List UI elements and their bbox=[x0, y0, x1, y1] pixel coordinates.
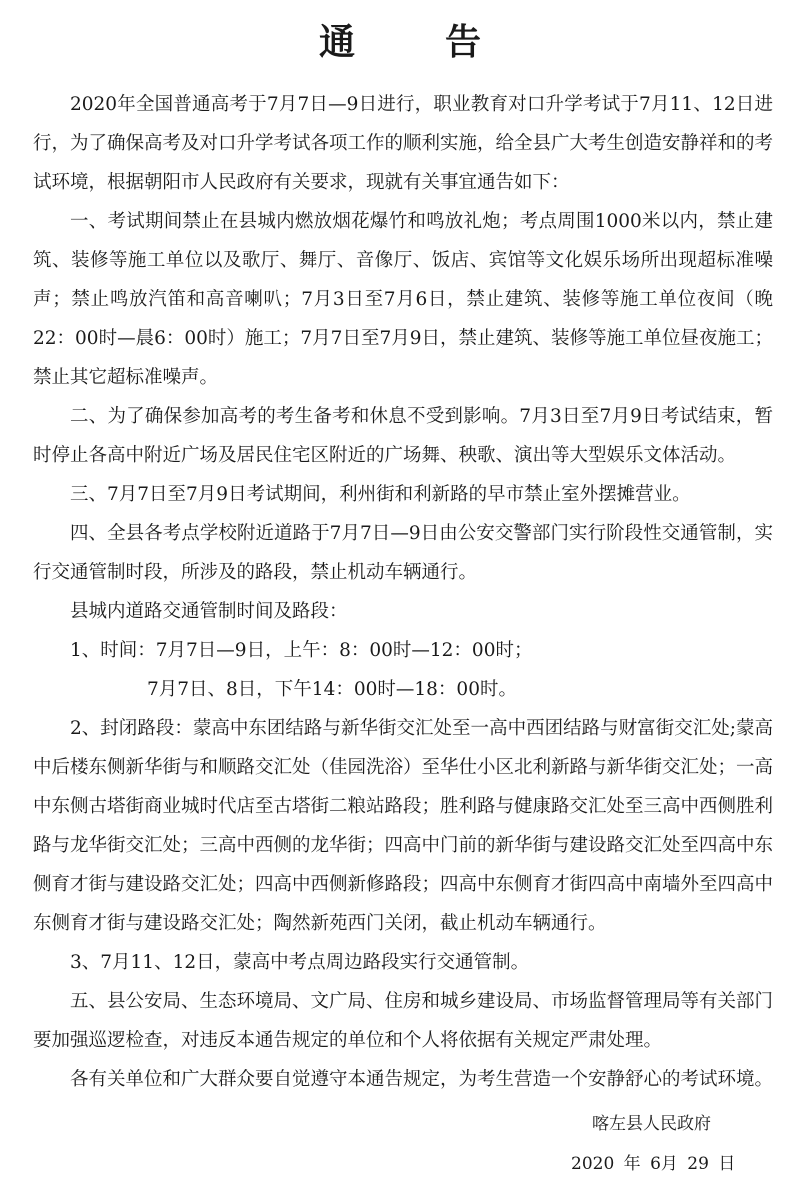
section-4-paragraph: 四、全县各考点学校附近道路于7月7日—9日由公安交警部门实行阶段性交通管制，实行… bbox=[33, 514, 773, 592]
issue-date: 2020 年 6月 29 日 bbox=[571, 1149, 735, 1174]
traffic-control-heading: 县城内道路交通管制时间及路段： bbox=[33, 592, 773, 631]
intro-paragraph: 2020年全国普通高考于7月7日—9日进行，职业教育对口升学考试于7月11、12… bbox=[33, 85, 773, 202]
traffic-time-item-1: 1、时间：7月7日—9日，上午：8：00时—12：00时； bbox=[33, 631, 773, 670]
section-1-paragraph: 一、考试期间禁止在县城内燃放烟花爆竹和鸣放礼炮；考点周围1000米以内，禁止建筑… bbox=[33, 202, 773, 397]
closing-paragraph: 各有关单位和广大群众要自觉遵守本通告规定，为考生营造一个安静舒心的考试环境。 bbox=[33, 1060, 773, 1099]
closed-roads-item-2: 2、封闭路段：蒙高中东团结路与新华街交汇处至一高中西团结路与财富街交汇处;蒙高中… bbox=[33, 709, 773, 943]
traffic-item-3: 3、7月11、12日，蒙高中考点周边路段实行交通管制。 bbox=[33, 943, 773, 982]
traffic-time-item-1-continued: 7月7日、8日，下午14：00时—18：00时。 bbox=[33, 670, 773, 709]
title-char-1: 通 bbox=[319, 14, 355, 65]
section-5-paragraph: 五、县公安局、生态环境局、文广局、住房和城乡建设局、市场监督管理局等有关部门要加… bbox=[33, 982, 773, 1060]
title-char-2: 告 bbox=[445, 14, 481, 65]
document-body: 2020年全国普通高考于7月7日—9日进行，职业教育对口升学考试于7月11、12… bbox=[33, 85, 773, 1099]
issuer-signature: 喀左县人民政府 bbox=[592, 1109, 711, 1134]
section-2-paragraph: 二、为了确保参加高考的考生备考和休息不受到影响。7月3日至7月9日考试结束，暂时… bbox=[33, 397, 773, 475]
section-3-paragraph: 三、7月7日至7月9日考试期间，利州街和利新路的早市禁止室外摆摊营业。 bbox=[33, 475, 773, 514]
document-title: 通告 bbox=[0, 14, 800, 65]
